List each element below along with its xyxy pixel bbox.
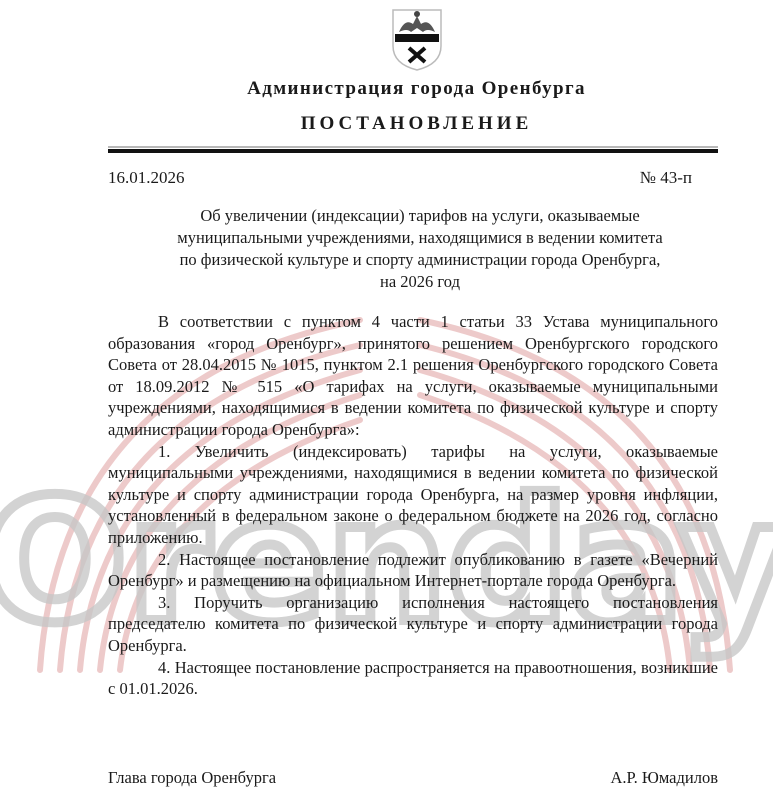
clause-2: 2. Настоящее постановление подлежит опуб… xyxy=(108,549,718,592)
orenburg-coat-of-arms-icon xyxy=(389,6,445,72)
clause-1: 1. Увеличить (индексировать) тарифы на у… xyxy=(108,441,718,549)
title-line: по физической культуре и спорту админист… xyxy=(140,249,700,271)
header-divider xyxy=(108,146,718,153)
signatory-name: А.Р. Юмадилов xyxy=(610,768,718,788)
title-line: на 2026 год xyxy=(140,271,700,293)
title-line: муниципальными учреждениями, находящимис… xyxy=(140,227,700,249)
clause-3: 3. Поручить организацию исполнения насто… xyxy=(108,592,718,657)
organization-name: Администрация города Оренбурга xyxy=(0,78,773,100)
document-type: ПОСТАНОВЛЕНИЕ xyxy=(0,113,773,135)
title-line: Об увеличении (индексации) тарифов на ус… xyxy=(140,205,700,227)
signatory-position: Глава города Оренбурга xyxy=(108,768,276,788)
document-number: № 43-п xyxy=(640,168,692,188)
document-date: 16.01.2026 xyxy=(108,168,185,188)
document-body: В соответствии с пунктом 4 части 1 стать… xyxy=(108,311,718,700)
clause-4: 4. Настоящее постановление распространяе… xyxy=(108,657,718,700)
document-title: Об увеличении (индексации) тарифов на ус… xyxy=(140,205,700,293)
preamble-paragraph: В соответствии с пунктом 4 части 1 стать… xyxy=(108,311,718,441)
